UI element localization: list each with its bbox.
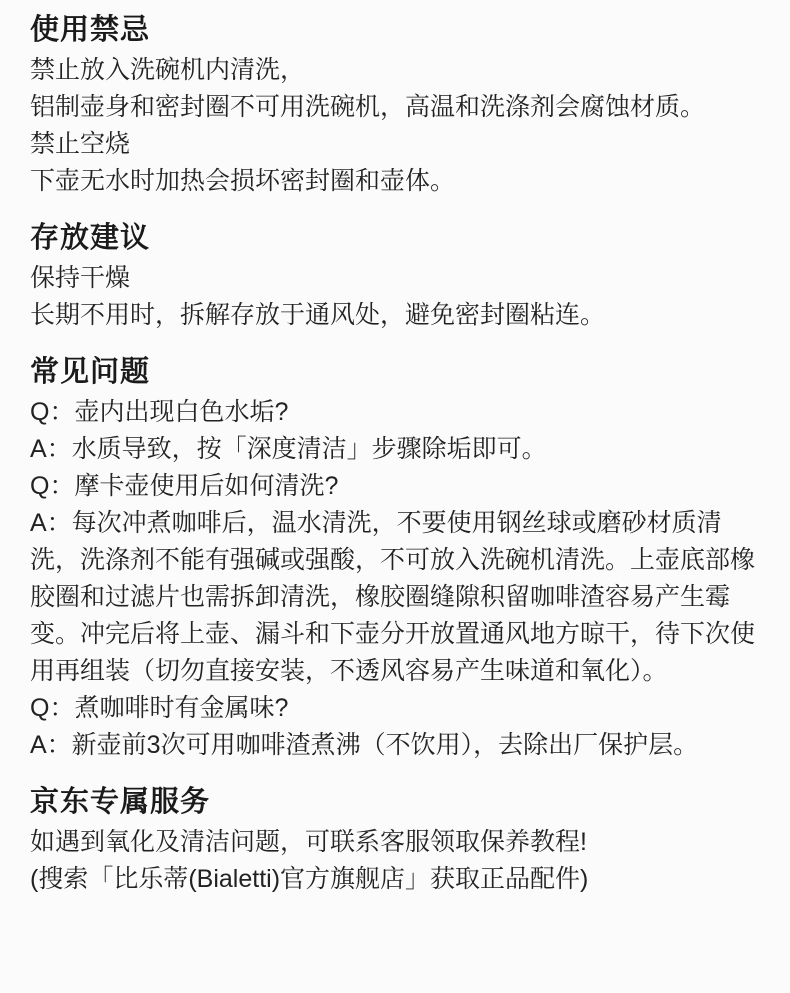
faq-answer: A：新壶前3次可用咖啡渣煮沸（不饮用），去除出厂保护层。 — [30, 727, 760, 764]
section-faq: 常见问题 Q：壶内出现白色水垢? A：水质导致，按「深度清洁」步骤除垢即可。 Q… — [30, 352, 760, 764]
section-jd-service: 京东专属服务 如遇到氧化及清洁问题，可联系客服领取保养教程! (搜索「比乐蒂(B… — [30, 782, 760, 898]
jd-service-line: 如遇到氧化及清洁问题，可联系客服领取保养教程! — [30, 824, 760, 861]
storage-advice-heading: 存放建议 — [30, 218, 760, 258]
jd-service-heading: 京东专属服务 — [30, 782, 760, 822]
storage-advice-line: 保持干燥 — [30, 260, 760, 297]
faq-question: Q：煮咖啡时有金属味? — [30, 690, 760, 727]
usage-prohibitions-heading: 使用禁忌 — [30, 10, 760, 50]
usage-prohibitions-line: 下壶无水时加热会损坏密封圈和壶体。 — [30, 163, 760, 200]
faq-question: Q：摩卡壶使用后如何清洗? — [30, 468, 760, 505]
faq-answer: A：每次冲煮咖啡后，温水清洗，不要使用钢丝球或磨砂材质清洗，洗涤剂不能有强碱或强… — [30, 505, 760, 690]
usage-prohibitions-line: 铝制壶身和密封圈不可用洗碗机，高温和洗涤剂会腐蚀材质。 — [30, 89, 760, 126]
faq-heading: 常见问题 — [30, 352, 760, 392]
jd-service-line: (搜索「比乐蒂(Bialetti)官方旗舰店」获取正品配件) — [30, 861, 760, 898]
faq-question: Q：壶内出现白色水垢? — [30, 394, 760, 431]
storage-advice-line: 长期不用时，拆解存放于通风处，避免密封圈粘连。 — [30, 297, 760, 334]
product-care-page: 使用禁忌 禁止放入洗碗机内清洗， 铝制壶身和密封圈不可用洗碗机，高温和洗涤剂会腐… — [0, 0, 790, 993]
faq-answer: A：水质导致，按「深度清洁」步骤除垢即可。 — [30, 431, 760, 468]
section-usage-prohibitions: 使用禁忌 禁止放入洗碗机内清洗， 铝制壶身和密封圈不可用洗碗机，高温和洗涤剂会腐… — [30, 10, 760, 200]
section-storage-advice: 存放建议 保持干燥 长期不用时，拆解存放于通风处，避免密封圈粘连。 — [30, 218, 760, 334]
usage-prohibitions-line: 禁止放入洗碗机内清洗， — [30, 52, 760, 89]
usage-prohibitions-line: 禁止空烧 — [30, 126, 760, 163]
